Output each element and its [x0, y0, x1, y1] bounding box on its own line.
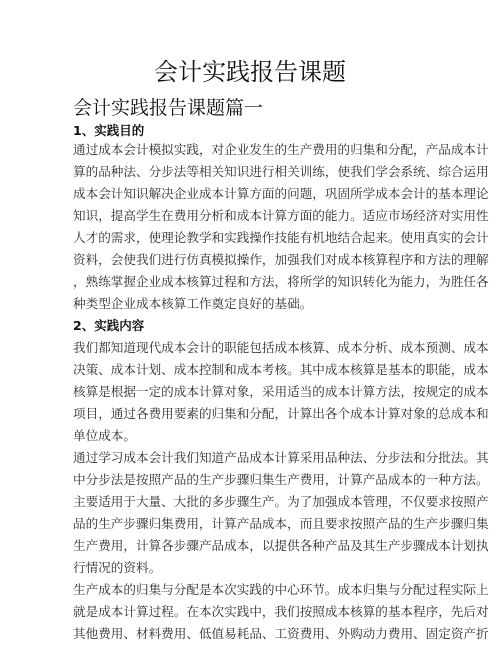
paragraph-line: 单位成本。: [73, 427, 426, 445]
paragraph-line: 决策、成本计划、成本控制和成本考核。其中成本核算是基本的职能，成本: [73, 361, 426, 379]
document-page: 会计实践报告课题 会计实践报告课题篇一 1、实践目的 通过成本会计模拟实践，对企…: [0, 0, 500, 647]
paragraph-line: 就是成本计算过程。在本次实践中，我们按照成本核算的基本程序，先后对: [73, 603, 426, 621]
paragraph-line: ，熟练掌握企业成本核算过程和方法，将所学的知识转化为能力，为胜任各: [73, 273, 426, 291]
paragraph-line: 通过学习成本会计我们知道产品成本计算采用品种法、分步法和分批法。其: [73, 449, 426, 467]
paragraph-line: 品的生产步骤归集费用，计算产品成本，而且要求按照产品的生产步骤归集: [73, 515, 426, 533]
paragraph-line: 项目，通过各费用要素的归集和分配，计算出各个成本计算对象的总成本和: [73, 405, 426, 423]
paragraph-line: 通过成本会计模拟实践，对企业发生的生产费用的归集和分配，产品成本计: [73, 141, 426, 159]
paragraph-line: 主要适用于大量、大批的多步骤生产。为了加强成本管理，不仅要求按照产: [73, 493, 426, 511]
paragraph-line: 其他费用、材料费用、低值易耗品、工资费用、外购动力费用、固定资产折: [73, 625, 426, 643]
paragraph-line: 资料，会使我们进行仿真模拟操作，加强我们对成本核算程序和方法的理解: [73, 251, 426, 269]
paragraph-line: 算的品种法、分步法等相关知识进行相关训练，使我们学会系统、综合运用: [73, 163, 426, 181]
paragraph-line: 生产费用，计算各步骤产品成本，以提供各种产品及其生产步骤成本计划执: [73, 537, 426, 555]
paragraph-line: 种类型企业成本核算工作奠定良好的基础。: [73, 295, 426, 313]
subheading-practice-content: 2、实践内容: [73, 317, 144, 335]
paragraph-line: 成本会计知识解决企业成本计算方面的问题，巩固所学成本会计的基本理论: [73, 185, 426, 203]
subheading-practice-purpose: 1、实践目的: [73, 122, 144, 140]
paragraph-line: 中分步法是按照产品的生产步骤归集生产费用，计算产品成本的一种方法。: [73, 471, 426, 489]
paragraph-line: 我们都知道现代成本会计的职能包括成本核算、成本分析、成本预测、成本: [73, 339, 426, 357]
paragraph-line: 知识，提高学生在费用分析和成本计算方面的能力。适应市场经济对实用性: [73, 207, 426, 225]
section-title: 会计实践报告课题篇一: [73, 95, 263, 121]
paragraph-line: 核算是根据一定的成本计算对象，采用适当的成本计算方法，按规定的成本: [73, 383, 426, 401]
document-title: 会计实践报告课题: [0, 56, 500, 88]
paragraph-line: 生产成本的归集与分配是本次实践的中心环节。成本归集与分配过程实际上: [73, 581, 426, 599]
paragraph-line: 人才的需求，使理论教学和实践操作技能有机地结合起来。使用真实的会计: [73, 229, 426, 247]
paragraph-line: 行情况的资料。: [73, 559, 426, 577]
